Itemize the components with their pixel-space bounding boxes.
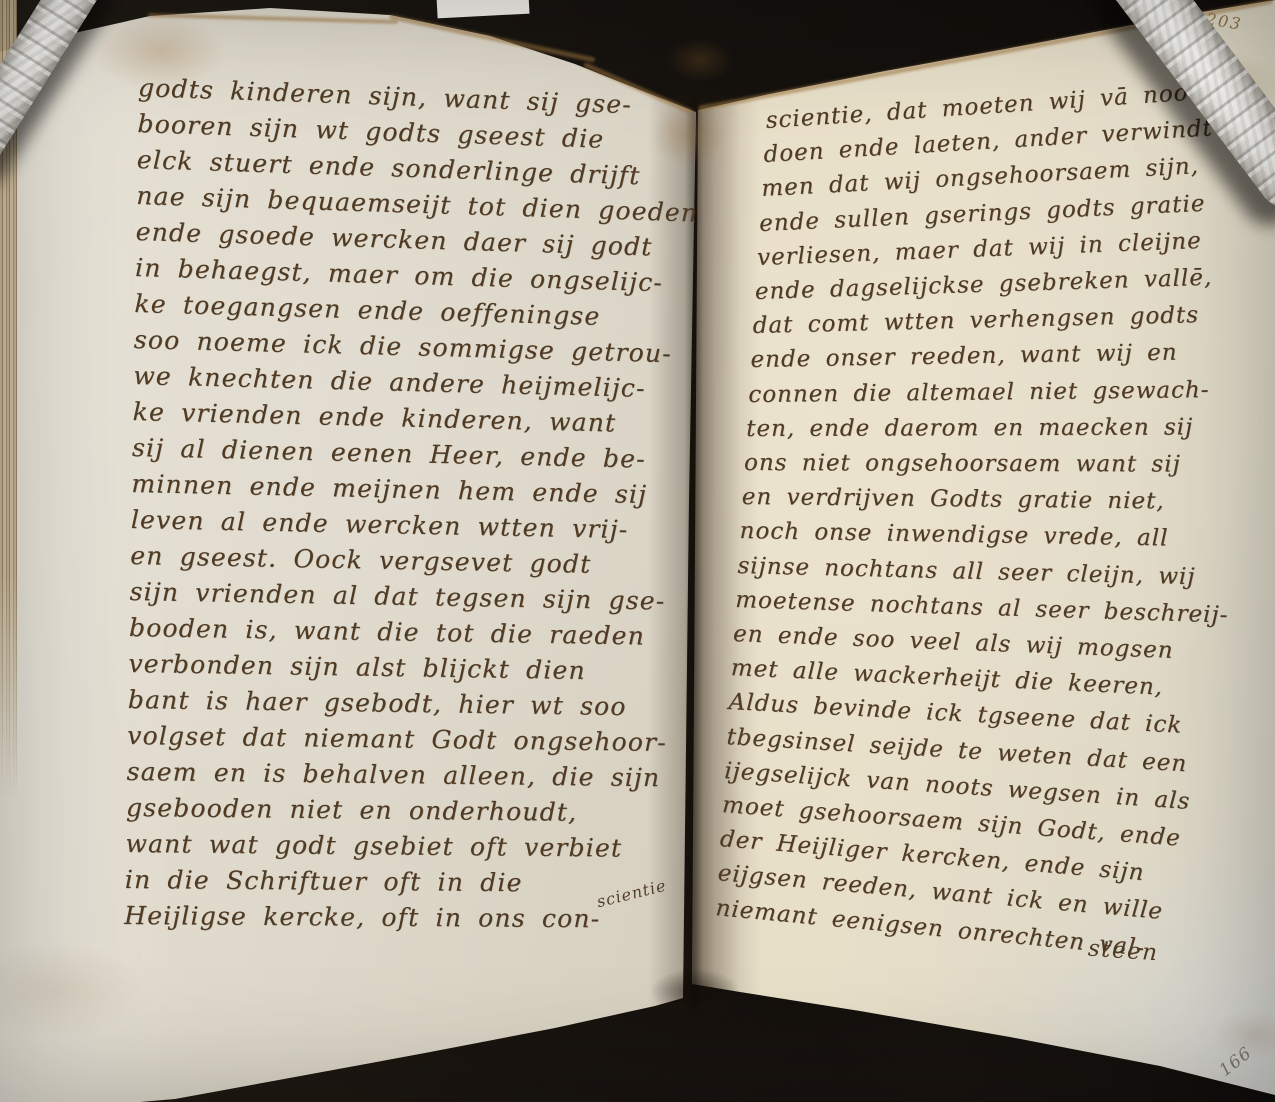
left-page-text: godts kinderen sijn, want sij gse-booren…: [138, 70, 713, 934]
text-line: ons niet ongsehoorsaem want sij: [744, 446, 1249, 482]
text-line: want wat godt gsebiet oft verbiet: [125, 826, 700, 867]
text-line: ten, ende daerom en maecken sij: [746, 410, 1251, 446]
gutter-shadow: [630, 960, 760, 1030]
text-line: connen die altemael niet gsewach-: [748, 372, 1253, 411]
manuscript-photo: godts kinderen sijn, want sij gse-booren…: [0, 0, 1275, 1102]
final-word: steen: [1087, 936, 1159, 967]
text-line: gsebooden niet en onderhoudt,: [126, 790, 701, 832]
text-line: ende onser reeden, want wij en: [750, 335, 1256, 378]
right-page-text: scientie, dat moeten wij vā noodtdoen en…: [766, 104, 1271, 925]
text-line: en verdrijven Godts gratie niet,: [742, 480, 1247, 519]
white-strip: [436, 0, 529, 18]
